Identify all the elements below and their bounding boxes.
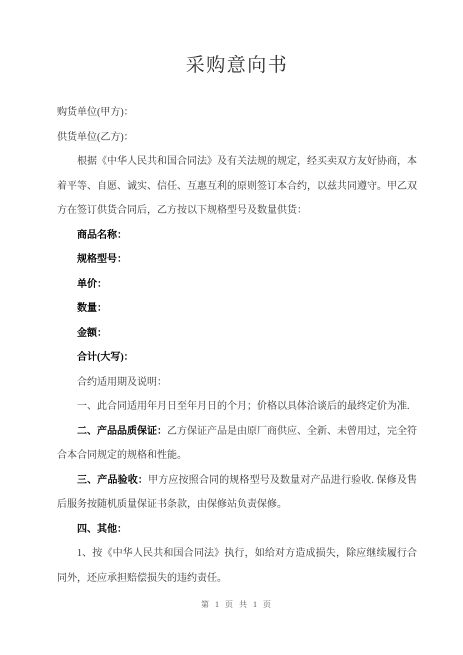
document-title: 采购意向书 — [57, 52, 417, 80]
clause-3-head: 三、产品验收： — [77, 475, 148, 486]
field-label-amount: 金额： — [57, 322, 417, 347]
document-page: 采购意向书 购货单位(甲方)： 供货单位(乙方)： 根据《中华人民共和国合同法》… — [0, 0, 463, 655]
clause-4-item-1: 1、按《中华人民共和国合同法》执行，如给对方造成损失，除应继续履行合同外，还应承… — [57, 542, 417, 591]
field-label-spec-model: 规格型号： — [57, 248, 417, 273]
field-label-unit-price: 单价： — [57, 273, 417, 298]
field-label-total-in-words: 合计(大写)： — [57, 346, 417, 371]
buyer-party-line: 购货单位(甲方)： — [57, 101, 417, 126]
clauses-intro-line: 合约适用期及说明： — [57, 371, 417, 396]
supplier-party-line: 供货单位(乙方)： — [57, 126, 417, 151]
clause-4-head: 四、其他： — [77, 524, 127, 535]
clause-4-others: 四、其他： — [57, 518, 417, 543]
clause-2-head: 二、产品品质保证： — [77, 426, 167, 437]
clause-3-acceptance: 三、产品验收：甲方应按照合同的规格型号及数量对产品进行验收. 保修及售后服务按随… — [57, 469, 417, 518]
clause-4-item-1-body: 1、按《中华人民共和国合同法》执行，如给对方造成损失，除应继续履行合同外，还应承… — [57, 548, 417, 584]
page-number: 第 1 页 共 1 页 — [57, 598, 417, 612]
clause-2-quality-guarantee: 二、产品品质保证：乙方保证产品是由原厂商供应、全新、未曾用过，完全符合本合同规定… — [57, 420, 417, 469]
clause-1-body: 一、此合同适用年月日至年月日的个月；价格以具体洽谈后的最终定价为准. — [77, 401, 410, 412]
field-label-product-name: 商品名称： — [57, 224, 417, 249]
field-label-quantity: 数量： — [57, 297, 417, 322]
clause-1-validity: 一、此合同适用年月日至年月日的个月；价格以具体洽谈后的最终定价为准. — [57, 395, 417, 420]
preamble-paragraph: 根据《中华人民共和国合同法》及有关法规的规定，经买卖双方友好协商，本着平等、自愿… — [57, 150, 417, 224]
